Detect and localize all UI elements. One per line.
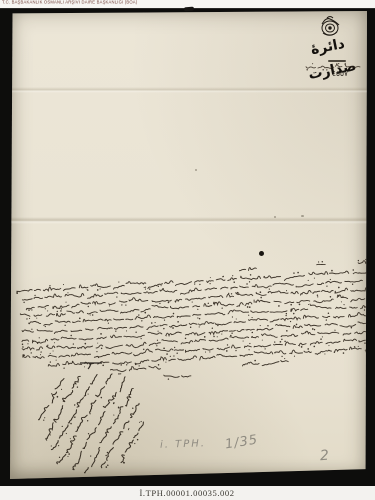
paper-speck: [195, 169, 197, 171]
paper-clip-mark: [184, 7, 194, 12]
archive-watermark-text: T.C. BAŞBAKANLIK OSMANLI ARŞİVİ DAİRE BA…: [2, 0, 137, 5]
pencil-fond-code: i. TPH.: [160, 438, 206, 451]
fold-crease-lower: [10, 217, 367, 224]
document-page: دائرهٔ صدارت ٤٥٥٧ i. TPH. 1/35 2: [10, 11, 367, 479]
letterhead-document-number: ٤٥٥٧: [324, 70, 357, 78]
caption-bar: İ.TPH.00001.00035.002: [0, 486, 375, 500]
archival-scan-viewport: T.C. BAŞBAKANLIK OSMANLI ARŞİVİ DAİRE BA…: [0, 0, 375, 500]
pencil-fraction: 1/35: [224, 432, 259, 452]
paper-speck: [274, 216, 276, 218]
tally-mark: [80, 363, 102, 369]
pencil-page-number: 2: [319, 448, 329, 465]
fold-crease-upper: [10, 87, 367, 93]
diagonal-annotation-block: [36, 357, 170, 489]
paper-speck: [301, 215, 304, 217]
catalog-number: İ.TPH.00001.00035.002: [140, 488, 235, 498]
